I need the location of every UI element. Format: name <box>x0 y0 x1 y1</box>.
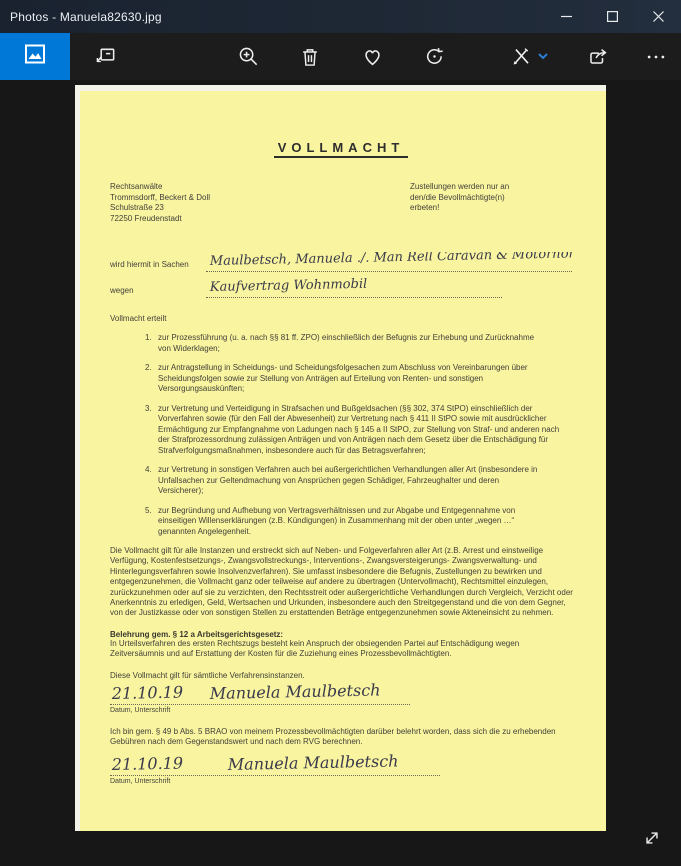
signature-block-1: 21.10.19 Manuela Maulbetsch Datum, Unter… <box>110 682 410 714</box>
delivery-note-line: Zustellungen werden nur an <box>410 182 560 193</box>
sender-line: Trommsdorff, Beckert & Doll <box>110 193 210 204</box>
list-item: 3. zur Vertretung und Verteidigung in St… <box>145 404 561 457</box>
scope-paragraph: Die Vollmacht gilt für alle Instanzen un… <box>110 546 575 619</box>
fee-notice: Ich bin gem. § 49 b Abs. 5 BRAO von mein… <box>110 727 578 748</box>
see-more-button[interactable] <box>634 33 678 80</box>
maximize-icon <box>607 11 618 22</box>
titlebar: Photos - Manuela82630.jpg <box>0 0 681 33</box>
ellipsis-icon <box>645 46 667 68</box>
close-icon <box>653 11 664 22</box>
sender-line: Rechtsanwälte <box>110 182 210 193</box>
in-re-handwriting: Maulbetsch, Manuela ./. Man Rell Caravan… <box>210 252 572 269</box>
signature2-date-handwriting: 21.10.19 <box>112 754 184 774</box>
heart-icon <box>361 45 384 68</box>
list-item: 2. zur Antragstellung in Scheidungs- und… <box>145 363 541 395</box>
zoom-button[interactable] <box>226 33 270 80</box>
wegen-handwriting: Kaufvertrag Wohnmobil <box>210 278 368 295</box>
share-button[interactable] <box>575 33 619 80</box>
sender-line: Schulstraße 23 <box>110 203 210 214</box>
add-to-album-button[interactable] <box>83 33 127 80</box>
maximize-button[interactable] <box>589 0 635 33</box>
delivery-note-line: erbeten! <box>410 203 560 214</box>
belehrung-heading: Belehrung gem. § 12 a Arbeitsgerichtsges… <box>110 630 572 639</box>
belehrung-text: In Urteilsverfahren des ersten Rechtszug… <box>110 639 572 660</box>
sender-line: 72250 Freudenstadt <box>110 214 210 225</box>
list-item: 1. zur Prozessführung (u. a. nach §§ 81 … <box>145 333 541 354</box>
window-controls <box>543 0 681 33</box>
delivery-note-line: den/die Bevollmächtigte(n) <box>410 193 560 204</box>
in-re-label: wird hiermit in Sachen <box>110 260 206 272</box>
wegen-label: wegen <box>110 286 206 298</box>
signature2-caption: Datum, Unterschrift <box>110 778 440 785</box>
signature2-name-handwriting: Manuela Maulbetsch <box>227 752 398 775</box>
sender-address-block: Rechtsanwälte Trommsdorff, Beckert & Dol… <box>110 182 210 224</box>
delete-button[interactable] <box>288 33 332 80</box>
delivery-note-block: Zustellungen werden nur an den/die Bevol… <box>410 182 560 224</box>
grant-line: Vollmacht erteilt <box>110 314 572 323</box>
photo-collection-button[interactable] <box>0 33 70 80</box>
share-icon <box>586 45 609 68</box>
zoom-in-icon <box>237 45 260 68</box>
edit-create-icon <box>510 45 533 68</box>
validity-line: Diese Vollmacht gilt für sämtliche Verfa… <box>110 671 572 680</box>
favorite-button[interactable] <box>350 33 394 80</box>
window-title: Photos - Manuela82630.jpg <box>0 10 162 24</box>
powers-list: 1. zur Prozessführung (u. a. nach §§ 81 … <box>145 333 541 537</box>
rotate-button[interactable] <box>412 33 456 80</box>
list-item: 4. zur Vertretung in sonstigen Verfahren… <box>145 465 541 497</box>
signature1-date-handwriting: 21.10.19 <box>112 682 184 702</box>
rotate-icon <box>423 45 446 68</box>
chevron-down-icon <box>538 53 548 60</box>
photos-app-window: Photos - Manuela82630.jpg <box>0 0 681 866</box>
list-item: 5. zur Begründung und Aufhebung von Vert… <box>145 506 541 538</box>
signature-block-2: 21.10.19 Manuela Maulbetsch Datum, Unter… <box>110 753 440 785</box>
edit-create-button[interactable] <box>500 33 558 80</box>
fullscreen-expand-icon <box>641 827 663 854</box>
photo-canvas: VOLLMACHT Rechtsanwälte Trommsdorff, Bec… <box>0 80 681 866</box>
minimize-button[interactable] <box>543 0 589 33</box>
fullscreen-button[interactable] <box>639 827 665 853</box>
toolbar <box>0 33 681 80</box>
minimize-icon <box>561 11 572 22</box>
photo-collection-icon <box>23 42 47 71</box>
signature1-caption: Datum, Unterschrift <box>110 707 410 714</box>
close-button[interactable] <box>635 0 681 33</box>
add-to-album-icon <box>94 45 117 68</box>
document-title: VOLLMACHT <box>274 140 409 158</box>
scanned-document: VOLLMACHT Rechtsanwälte Trommsdorff, Bec… <box>75 85 606 831</box>
trash-icon <box>299 46 321 68</box>
signature1-name-handwriting: Manuela Maulbetsch <box>209 680 380 703</box>
